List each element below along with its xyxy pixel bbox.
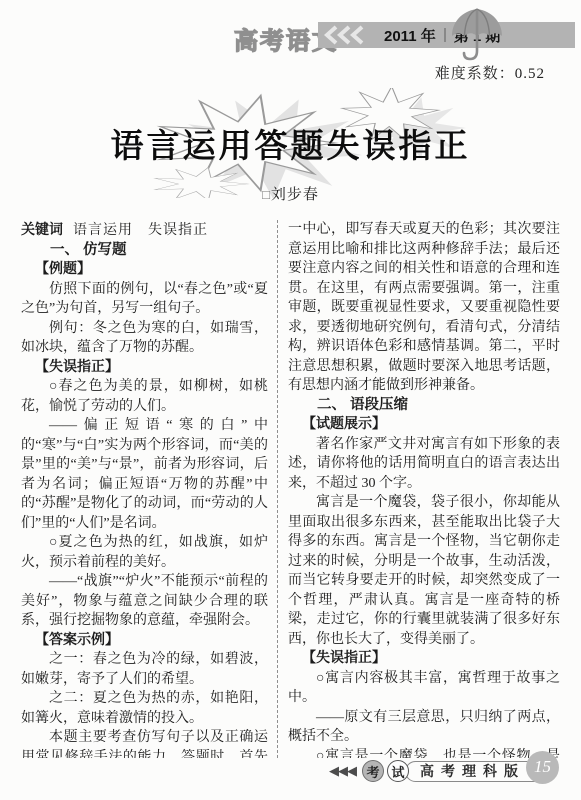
- left-column: 关键词语言运用 失误指正一、 仿写题【例题】仿照下面的例句，以“春之色”或“夏之…: [21, 220, 268, 758]
- paragraph: 本题主要考查仿写句子以及正确运用常见修辞手法的能力。答题时，首先要注意仿写内容必…: [21, 728, 268, 758]
- paragraph: 一中心，即写春天或夏天的色彩；其次要注意运用比喻和排比这两种修辞手法；最后还要注…: [288, 220, 560, 396]
- brand-circle-kao: 考: [362, 760, 384, 782]
- issue-bar: 2011 年 第 1 期: [318, 22, 575, 48]
- umbrella-icon: [449, 7, 507, 63]
- paragraph: 【失误指正】: [288, 649, 560, 669]
- issue-separator: [444, 28, 446, 42]
- issue-year: 2011 年: [384, 25, 436, 46]
- right-column: 一中心，即写春天或夏天的色彩；其次要注意运用比喻和排比这两种修辞手法；最后还要注…: [277, 220, 560, 758]
- paragraph: 关键词语言运用 失误指正: [21, 220, 268, 241]
- author-marker: □: [262, 187, 271, 202]
- paragraph: 仿照下面的例句，以“春之色”或“夏之色”为句首，另写一组句子。: [21, 280, 268, 319]
- article-title: 语言运用答题失误指正: [0, 120, 581, 167]
- page-header: 高考语文 2011 年 第 1 期: [0, 20, 581, 50]
- magazine-page: 高考语文 2011 年 第 1 期 难度系数：0.52: [0, 0, 581, 800]
- author-name: 刘步春: [271, 187, 319, 203]
- paragraph: ○春之色为美的景，如柳树，如桃花，愉悦了劳动的人们。: [21, 377, 268, 416]
- section-heading: 一、 仿写题: [21, 241, 268, 261]
- paragraph: 之一：春之色为冷的绿，如碧波，如嫩芽，寄予了人们的希望。: [21, 650, 268, 689]
- paragraph: 之二：夏之色为热的赤，如艳阳，如篝火，意味着激情的投入。: [21, 689, 268, 728]
- paragraph: 【答案示例】: [21, 631, 268, 651]
- page-footer: ◀◀◀ 考 试 高考理科版 15: [329, 754, 559, 788]
- paragraph: ○寓言内容极其丰富，寓哲理于故事之中。: [288, 669, 560, 708]
- paragraph: 【试题展示】: [288, 415, 560, 435]
- title-banner: 语言运用答题失误指正: [0, 88, 581, 190]
- difficulty-coefficient: 难度系数：0.52: [435, 62, 545, 83]
- paragraph: 【例题】: [21, 260, 268, 280]
- paragraph: ——原文有三层意思，只归纳了两点，概括不全。: [288, 708, 560, 747]
- chevrons-icon: [324, 24, 366, 46]
- author-line: □刘步春: [0, 183, 581, 204]
- paragraph: ——“战旗”“炉火”不能预示“前程的美好”，物象与蕴意之间缺少合理的联系，强行挖…: [21, 572, 268, 631]
- paragraph: 例句：冬之色为寒的白，如瑞雪，如冰块，蕴含了万物的苏醒。: [21, 319, 268, 358]
- article-body: 关键词语言运用 失误指正一、 仿写题【例题】仿照下面的例句，以“春之色”或“夏之…: [21, 220, 560, 758]
- paragraph: ——偏正短语“寒的白”中的“寒”与“白”实为两个形容词，而“美的景”里的“美”与…: [21, 416, 268, 533]
- paragraph: 【失误指正】: [21, 358, 268, 378]
- paragraph: ○夏之色为热的红，如战旗，如炉火，预示着前程的美好。: [21, 533, 268, 572]
- brand-circle-shi: 试: [387, 760, 409, 782]
- page-number-badge: 15: [526, 751, 559, 784]
- section-heading: 二、 语段压缩: [288, 396, 560, 416]
- paragraph: 寓言是一个魔袋，袋子很小，你却能从里面取出很多东西来，甚至能取出比袋子大得多的东…: [288, 493, 560, 649]
- footer-arrows-icon: ◀◀◀: [329, 764, 356, 779]
- paragraph: 著名作家严文井对寓言有如下形象的表述，请你将他的话用简明直白的语言表达出来，不超…: [288, 435, 560, 494]
